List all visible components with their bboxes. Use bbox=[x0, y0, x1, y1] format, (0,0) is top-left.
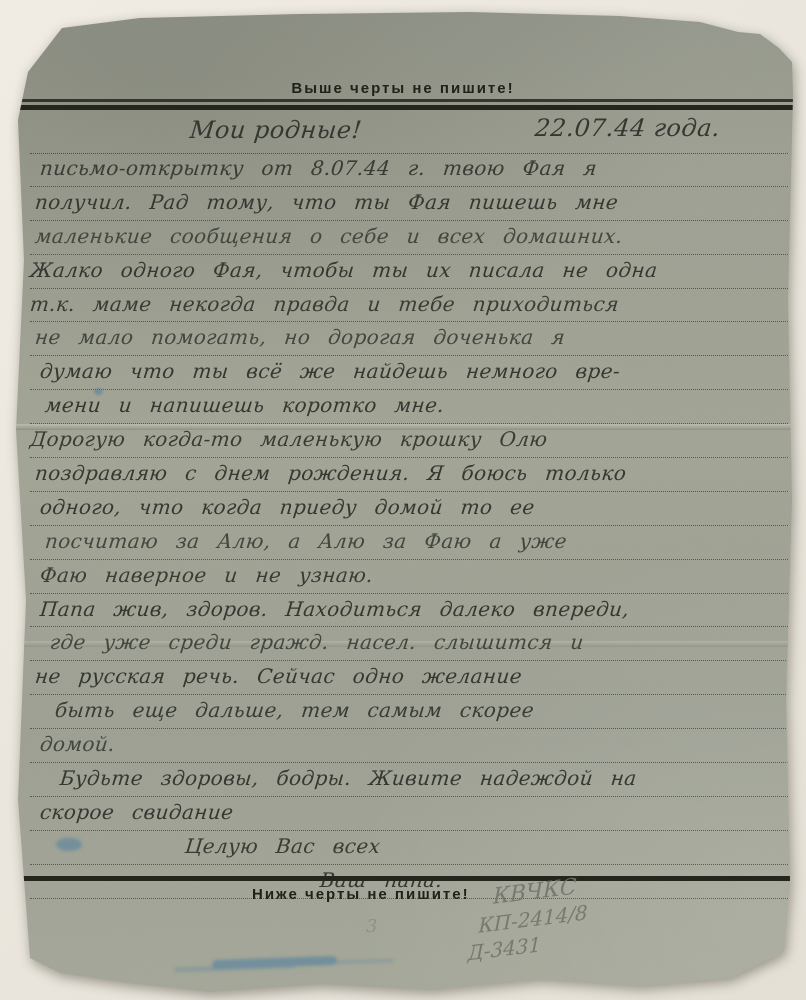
handwritten-line-text: Целую Вас всех bbox=[183, 831, 382, 862]
handwritten-line-text: Фаю наверное и не узнаю. bbox=[38, 560, 374, 591]
photo-background: Выше черты не пишите! Мои родные! 22.07.… bbox=[0, 0, 806, 1000]
handwritten-line-text: Дорогую когда-то маленькую крошку Олю bbox=[28, 424, 549, 455]
handwritten-line: домой. bbox=[30, 729, 788, 763]
handwritten-line: не русская речь. Сейчас одно желание bbox=[30, 661, 788, 695]
faint-pencil-digit: 3 bbox=[366, 916, 377, 937]
handwritten-line: мени и напишешь коротко мне. bbox=[30, 390, 788, 424]
letter-date: 22.07.44 года. bbox=[534, 114, 722, 142]
handwritten-line-text: домой. bbox=[38, 729, 116, 760]
handwritten-line-text: мени и напишешь коротко мне. bbox=[43, 390, 445, 421]
handwritten-line: Дорогую когда-то маленькую крошку Олю bbox=[30, 424, 788, 458]
handwritten-line-text: письмо-открытку от 8.07.44 г. твою Фая я bbox=[38, 153, 598, 184]
handwritten-line-text: не русская речь. Сейчас одно желание bbox=[33, 661, 523, 692]
letter-body: письмо-открытку от 8.07.44 г. твою Фая я… bbox=[30, 153, 788, 899]
handwritten-line: письмо-открытку от 8.07.44 г. твою Фая я bbox=[30, 153, 788, 187]
handwritten-line-text: получил. Рад тому, что ты Фая пишешь мне bbox=[33, 187, 619, 218]
handwritten-line: скорое свидание bbox=[30, 797, 788, 831]
handwritten-line: т.к. маме некогда правда и тебе приходит… bbox=[30, 289, 788, 323]
handwritten-line-text: Жалко одного Фая, чтобы ты их писала не … bbox=[28, 255, 659, 286]
blue-ink-scribble bbox=[212, 956, 337, 969]
top-rule-thin bbox=[16, 99, 794, 102]
handwritten-line-text: скорое свидание bbox=[38, 797, 235, 828]
printed-bottom-warning: Ниже черты не пишите! bbox=[252, 886, 470, 903]
handwritten-line: маленькие сообщения о себе и всех домашн… bbox=[30, 221, 788, 255]
museum-inventory-marks: КВЧКС КП-2414/8 Д-3431 bbox=[474, 874, 593, 964]
handwritten-line-text: Папа жив, здоров. Находиться далеко впер… bbox=[38, 594, 631, 625]
handwritten-line-text: Будьте здоровы, бодры. Живите надеждой н… bbox=[58, 763, 638, 794]
handwritten-line-text: быть еще дальше, тем самым скорее bbox=[53, 695, 535, 726]
handwritten-line: получил. Рад тому, что ты Фая пишешь мне bbox=[30, 187, 788, 221]
handwritten-line: где уже среди гражд. насел. слышится и bbox=[30, 627, 788, 661]
handwritten-line: Папа жив, здоров. Находиться далеко впер… bbox=[30, 594, 788, 628]
handwritten-line: не мало помогать, но дорогая доченька я bbox=[30, 322, 788, 356]
paper-shadow: Выше черты не пишите! Мои родные! 22.07.… bbox=[0, 0, 806, 1000]
handwritten-line: думаю что ты всё же найдешь немного вре- bbox=[30, 356, 788, 390]
handwritten-line: Жалко одного Фая, чтобы ты их писала не … bbox=[30, 255, 788, 289]
handwritten-line: поздравляю с днем рождения. Я боюсь толь… bbox=[30, 458, 788, 492]
handwritten-line: посчитаю за Алю, а Алю за Фаю а уже bbox=[30, 526, 788, 560]
handwritten-line: Фаю наверное и не узнаю. bbox=[30, 560, 788, 594]
handwritten-line: одного, что когда приеду домой то ее bbox=[30, 492, 788, 526]
printed-top-warning: Выше черты не пишите! bbox=[0, 80, 806, 97]
handwritten-line-text: посчитаю за Алю, а Алю за Фаю а уже bbox=[43, 526, 568, 557]
handwritten-line: быть еще дальше, тем самым скорее bbox=[30, 695, 788, 729]
handwritten-line-text: не мало помогать, но дорогая доченька я bbox=[33, 322, 566, 353]
letter-paper: Выше черты не пишите! Мои родные! 22.07.… bbox=[0, 0, 806, 1000]
handwritten-line-text: одного, что когда приеду домой то ее bbox=[38, 492, 536, 523]
handwritten-line-text: поздравляю с днем рождения. Я боюсь толь… bbox=[33, 458, 628, 489]
salutation: Мои родные! bbox=[189, 116, 364, 144]
handwritten-line-text: т.к. маме некогда правда и тебе приходит… bbox=[28, 289, 620, 320]
handwritten-line-text: маленькие сообщения о себе и всех домашн… bbox=[33, 221, 624, 252]
letter-heading-row: Мои родные! 22.07.44 года. bbox=[30, 110, 788, 154]
handwritten-line-text: думаю что ты всё же найдешь немного вре- bbox=[38, 356, 621, 387]
handwritten-line: Будьте здоровы, бодры. Живите надеждой н… bbox=[30, 763, 788, 797]
handwritten-line: Целую Вас всех bbox=[30, 831, 788, 865]
bottom-rule-thick bbox=[16, 876, 794, 881]
handwritten-line-text: где уже среди гражд. насел. слышится и bbox=[48, 627, 585, 658]
